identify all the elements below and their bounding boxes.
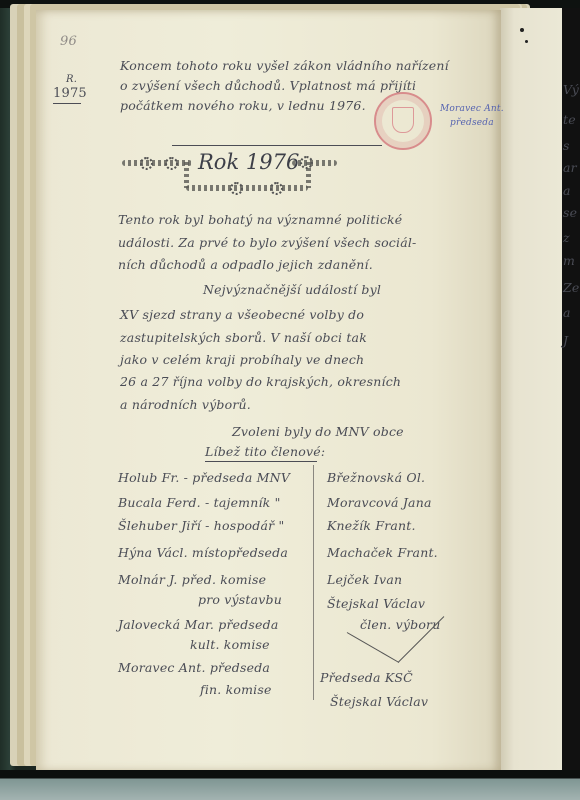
flower-ornament-icon: [230, 182, 243, 195]
subheading-underline: [205, 461, 317, 462]
stamp-note: předseda: [450, 118, 494, 128]
signature-name: Štejskal Václav: [330, 694, 428, 709]
paragraph-line: a národních výborů.: [120, 397, 251, 412]
facing-fragment: se: [563, 205, 577, 220]
paragraph-line: ních důchodů a odpadlo jejich zdanění.: [118, 257, 373, 272]
paragraph-line: XV sjezd strany a všeobecné volby do: [120, 307, 364, 322]
facing-fragment: te: [563, 112, 576, 127]
paragraph-line: 26 a 27 října volby do krajských, okresn…: [120, 374, 401, 389]
member-right: Lejček Ivan: [327, 572, 402, 587]
intro-line: o zvýšení všech důchodů. Vplatnost má př…: [120, 78, 416, 93]
member-left: Bucala Ferd. - tajemník ": [118, 495, 281, 510]
floral-border: [186, 185, 308, 191]
paragraph-line: jako v celém kraji probíhaly ve dnech: [120, 352, 364, 367]
elected-subheading: Líbež tito členové:: [205, 444, 325, 459]
margin-label: R.: [66, 74, 77, 85]
coat-of-arms-icon: [392, 107, 414, 133]
column-divider: [313, 465, 314, 700]
paragraph-line: Tento rok byl bohatý na významné politic…: [118, 212, 402, 227]
page-number: 96: [60, 34, 77, 49]
facing-fragment: Ze: [563, 280, 579, 295]
facing-page: [500, 8, 562, 770]
ink-spot: [525, 40, 528, 43]
member-right: Machaček Frant.: [327, 545, 438, 560]
section-separator: [172, 145, 382, 146]
paragraph-line: Nejvýznačnější událostí byl: [203, 282, 381, 297]
facing-fragment: s: [563, 138, 570, 153]
member-left: Šlehuber Jiří - hospodář ": [118, 518, 284, 533]
scan-bottom-edge: [0, 770, 580, 800]
margin-year-underline: [53, 103, 81, 104]
member-left: Moravec Ant. předseda: [118, 660, 270, 675]
facing-fragment: a: [563, 305, 571, 320]
facing-fragment: z: [563, 230, 570, 245]
facing-fragment: J: [563, 333, 568, 348]
member-right: Moravcová Jana: [327, 495, 432, 510]
paragraph-line: události. Za prvé to bylo zvýšení všech …: [118, 235, 416, 250]
ink-spot: [520, 28, 524, 32]
flower-ornament-icon: [165, 157, 178, 170]
member-right: Štejskal Václav: [327, 596, 425, 611]
member-left: pro výstavbu: [198, 592, 282, 607]
facing-fragment: Vý: [563, 82, 579, 97]
stamp-note: Moravec Ant.: [440, 104, 504, 114]
intro-line: počátkem nového roku, v lednu 1976.: [120, 98, 366, 113]
paragraph-line: zastupitelských sborů. V naší obci tak: [120, 330, 367, 345]
member-left: Holub Fr. - předseda MNV: [118, 470, 290, 485]
margin-year: 1975: [53, 86, 87, 101]
flower-ornament-icon: [140, 157, 153, 170]
signature-title: Předseda KSČ: [320, 670, 413, 685]
flower-ornament-icon: [270, 182, 283, 195]
section-title: Rok 1976: [198, 150, 299, 174]
intro-line: Koncem tohoto roku vyšel zákon vládního …: [120, 58, 449, 73]
member-right: Knežík Frant.: [327, 518, 416, 533]
member-left: Molnár J. před. komise: [118, 572, 266, 587]
flower-ornament-icon: [300, 156, 313, 169]
official-stamp: [374, 92, 432, 150]
member-left: kult. komise: [190, 637, 270, 652]
floral-border: [122, 160, 192, 166]
elected-heading: Zvoleni byly do MNV obce: [232, 424, 404, 439]
member-left: fin. komise: [200, 682, 272, 697]
member-left: Hýna Václ. místopředseda: [118, 545, 288, 560]
member-right: Břežnovská Ol.: [327, 470, 425, 485]
facing-fragment: ar: [563, 160, 577, 175]
facing-fragment: a: [563, 183, 571, 198]
member-left: Jalovecká Mar. předseda: [118, 617, 279, 632]
scanned-page: Vý te s ar a se z m Ze a J 96 R. 1975 Ko…: [0, 0, 580, 800]
facing-fragment: m: [563, 253, 575, 268]
